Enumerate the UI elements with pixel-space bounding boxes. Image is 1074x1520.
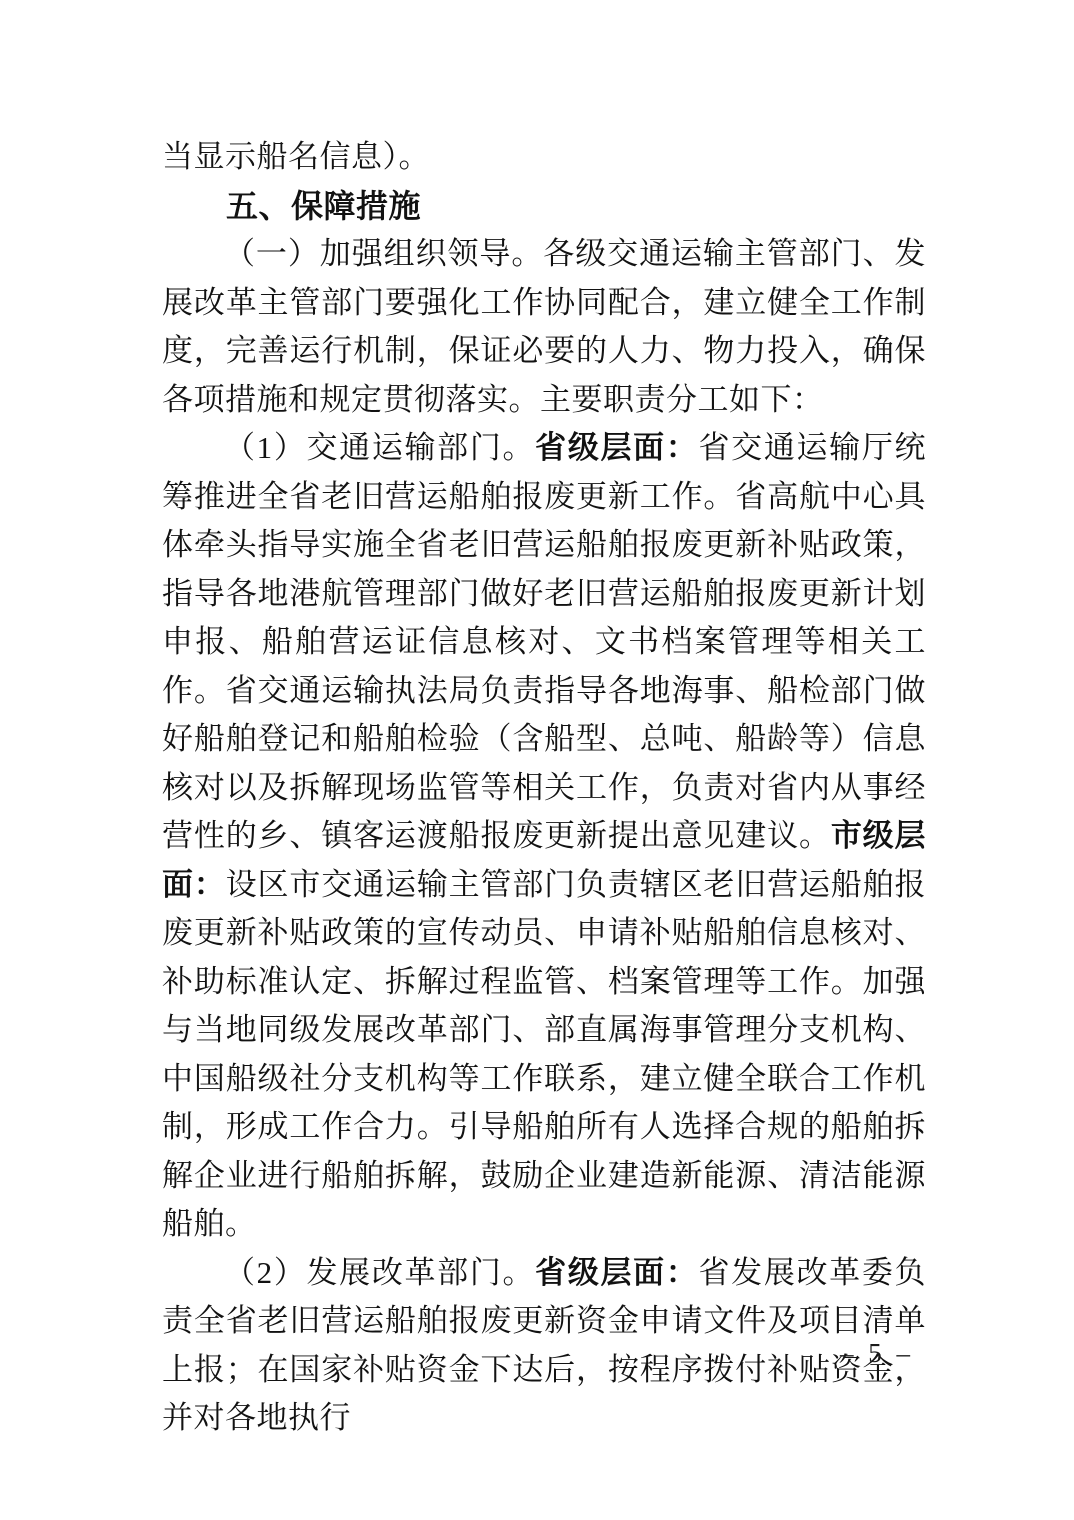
document-page: 当显示船名信息）。五、保障措施（一）加强组织领导。各级交通运输主管部门、发展改革… bbox=[0, 0, 1074, 1520]
emphasized-text-segment: 省级层面： bbox=[535, 430, 698, 465]
paragraph-development-reform-department: （2）发展改革部门。省级层面：省发展改革委负责全省老旧营运船舶报废更新资金申请文… bbox=[162, 1249, 926, 1443]
paragraph-continuation: 当显示船名信息）。 bbox=[162, 133, 926, 182]
text-segment: （一）加强组织领导。各级交通运输主管部门、发展改革主管部门要强化工作协同配合，建… bbox=[162, 236, 926, 417]
text-segment: 当显示船名信息）。 bbox=[162, 139, 430, 174]
section-heading: 五、保障措施 bbox=[162, 182, 926, 231]
text-segment: （2）发展改革部门。 bbox=[224, 1255, 535, 1290]
text-segment: （1）交通运输部门。 bbox=[224, 430, 535, 465]
text-segment: 设区市交通运输主管部门负责辖区老旧营运船舶报废更新补贴政策的宣传动员、申请补贴船… bbox=[162, 867, 926, 1242]
text-segment: 省交通运输厅统筹推进全省老旧营运船舶报废更新工作。省高航中心具体牵头指导实施全省… bbox=[162, 430, 926, 853]
paragraph-transport-department: （1）交通运输部门。省级层面：省交通运输厅统筹推进全省老旧营运船舶报废更新工作。… bbox=[162, 424, 926, 1249]
emphasized-text-segment: 省级层面： bbox=[535, 1255, 698, 1290]
document-body: 当显示船名信息）。五、保障措施（一）加强组织领导。各级交通运输主管部门、发展改革… bbox=[162, 133, 926, 1443]
emphasized-text-segment: 五、保障措施 bbox=[226, 188, 421, 224]
paragraph-organization-leadership: （一）加强组织领导。各级交通运输主管部门、发展改革主管部门要强化工作协同配合，建… bbox=[162, 230, 926, 424]
page-number: – 5 – bbox=[840, 1338, 914, 1369]
